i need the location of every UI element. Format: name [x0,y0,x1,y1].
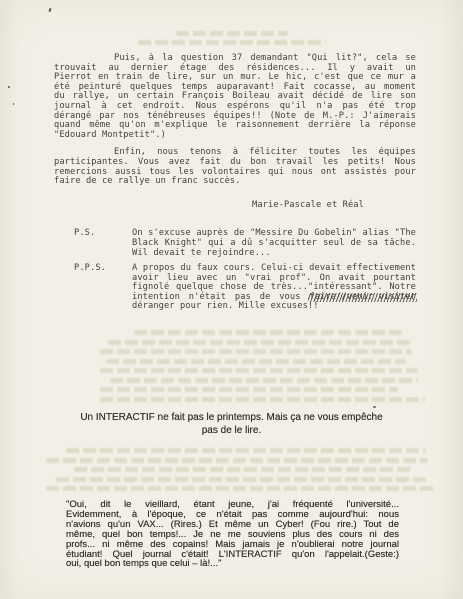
paragraph-thanks: Enfin, nous tenons à féliciter toutes le… [54,148,416,186]
text-line: Wil devait te rejoindre... [132,249,416,259]
post-postscript: P.P.S. A propos du faux cours. Celui-ci … [54,264,416,312]
bleed-through-text-middle [100,330,425,406]
scan-speckle [373,406,376,408]
paragraph-rally-question: Puis, à la question 37 demandant "Qui li… [54,54,416,140]
scan-speckle [48,8,51,12]
tagline-line2: pas de le lire. [0,424,463,437]
text-line: oui, quel bon temps que celui – là!..." [66,559,399,569]
bleed-through-line [56,477,426,482]
bleed-through-text-lower [46,448,440,496]
bleed-through-line [46,486,436,491]
post-postscript-text: A propos du faux cours. Celui-ci devait … [132,264,416,312]
bleed-through-line [100,397,425,402]
bleed-through-line [106,359,406,364]
signature: Marie-Pascale et Réal [252,201,416,211]
bleed-through-line [46,458,428,463]
post-postscript-label: P.P.S. [54,264,132,312]
scan-speckle [8,86,10,88]
scanned-letter-page: Puis, à la question 37 demandant "Qui li… [0,0,463,599]
bleed-through-line [134,330,402,335]
bleed-through-line [108,340,410,345]
bleed-through-line [100,368,418,373]
interactif-tagline: Un INTERACTIF ne fait pas le printemps. … [0,411,463,437]
bleed-through-text-top [0,31,463,49]
typewritten-letter: Puis, à la question 37 demandant "Qui li… [54,54,416,312]
bleed-through-line [100,387,398,392]
tagline-line1: Un INTERACTIF ne fait pas le printemps. … [0,411,463,424]
postscript-text: On s'excuse auprès de "Messire Du Gobeli… [132,229,416,258]
post-postscript-lines: A propos du faux cours. Celui-ci devait … [132,264,416,293]
text-line: faire de ce rallye un franc succès. [54,177,416,187]
bleed-through-line [176,31,288,36]
postscript-label: P.S. [54,229,132,258]
bleed-through-line [138,40,326,45]
struck-out-text: faire//venir visiter [309,293,416,303]
bleed-through-line [100,349,412,354]
bleed-through-line [66,448,426,453]
text-line: "Edouard Montpetit".) [54,131,416,141]
bleed-through-line [110,378,418,383]
vieillard-quote-paragraph: "Oui, dit le vieillard, étant jeune, j'a… [66,500,399,569]
scan-speckle [13,103,14,105]
post-postscript-line5: déranger pour rien. Mille excuses!! [132,302,416,312]
postscript: P.S. On s'excuse auprès de "Messire Du G… [54,229,416,258]
bleed-through-line [74,467,414,472]
